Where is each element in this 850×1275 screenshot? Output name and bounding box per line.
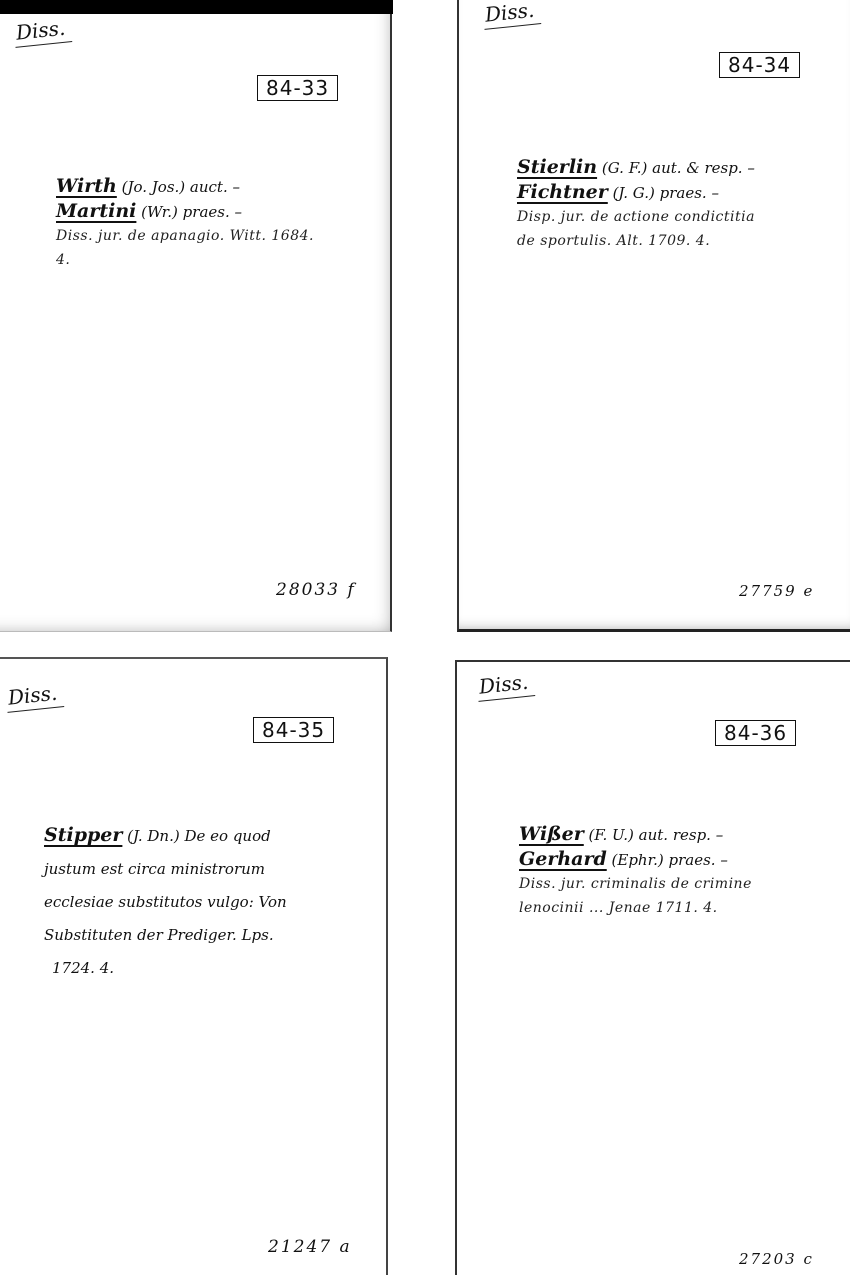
catalog-card-84-36: Diss. 84-36 Wißer (F. U.) aut. resp. – G…	[455, 660, 850, 1275]
catalog-card-84-34: Diss. 84-34 Stierlin (G. F.) aut. & resp…	[457, 0, 850, 632]
catalog-entry: Wirth (Jo. Jos.) auct. – Martini (Wr.) p…	[56, 174, 314, 272]
accession-number: 21247 a	[268, 1237, 352, 1257]
entry-line-praeses: Gerhard (Ephr.) praes. –	[519, 847, 752, 872]
entry-title-cont: de sportulis. Alt. 1709. 4.	[517, 229, 755, 253]
praeses-name: Fichtner	[517, 181, 608, 203]
author-rest: (Jo. Jos.) auct. –	[122, 178, 240, 196]
card-header-diss: Diss.	[476, 669, 536, 702]
entry-line-author: Stierlin (G. F.) aut. & resp. –	[517, 155, 755, 180]
praeses-name: Gerhard	[519, 848, 607, 870]
card-header-diss: Diss.	[5, 680, 65, 713]
entry-line-praeses: Fichtner (J. G.) praes. –	[517, 180, 755, 205]
entry-line-author: Stipper (J. Dn.) De eo quod	[44, 819, 287, 853]
praeses-rest: (J. G.) praes. –	[613, 184, 719, 202]
author-name: Stipper	[44, 824, 122, 846]
catalog-entry: Wißer (F. U.) aut. resp. – Gerhard (Ephr…	[519, 822, 752, 920]
entry-title-line-1: justum est circa ministrorum	[44, 853, 287, 886]
accession-number: 27759 e	[739, 582, 814, 600]
card-header-diss: Diss.	[13, 15, 73, 48]
card-header-diss: Diss.	[482, 0, 542, 30]
author-name: Wirth	[56, 175, 117, 197]
entry-line-author: Wirth (Jo. Jos.) auct. –	[56, 174, 314, 199]
author-name: Stierlin	[517, 156, 597, 178]
author-name: Wißer	[519, 823, 584, 845]
catalog-entry: Stierlin (G. F.) aut. & resp. – Fichtner…	[517, 155, 755, 253]
entry-imprint: 1724. 4.	[44, 952, 287, 985]
catalog-entry: Stipper (J. Dn.) De eo quod justum est c…	[44, 819, 287, 985]
praeses-name: Martini	[56, 200, 136, 222]
shelfmark-box: 84-35	[253, 717, 334, 743]
scan-edge-band	[0, 0, 393, 14]
author-rest: (F. U.) aut. resp. –	[589, 826, 724, 844]
entry-title-line-2: ecclesiae substitutos vulgo: Von	[44, 886, 287, 919]
entry-title: Disp. jur. de actione condictitia	[517, 205, 755, 229]
praeses-rest: (Wr.) praes. –	[141, 203, 242, 221]
catalog-card-84-33: Diss. 84-33 Wirth (Jo. Jos.) auct. – Mar…	[0, 14, 392, 632]
shelfmark-box: 84-34	[719, 52, 800, 78]
entry-title-cont: lenocinii ... Jenae 1711. 4.	[519, 896, 752, 920]
entry-title: Diss. jur. criminalis de crimine	[519, 872, 752, 896]
author-rest: (J. Dn.) De eo quod	[127, 827, 271, 845]
shelfmark-box: 84-33	[257, 75, 338, 101]
shelfmark-box: 84-36	[715, 720, 796, 746]
entry-format: 4.	[56, 248, 314, 272]
entry-title-line-3: Substituten der Prediger. Lps.	[44, 919, 287, 952]
accession-number: 28033 f	[276, 580, 356, 600]
entry-title: Diss. jur. de apanagio. Witt. 1684.	[56, 224, 314, 248]
accession-number: 27203 c	[739, 1250, 814, 1268]
entry-line-praeses: Martini (Wr.) praes. –	[56, 199, 314, 224]
praeses-rest: (Ephr.) praes. –	[612, 851, 728, 869]
author-rest: (G. F.) aut. & resp. –	[602, 159, 755, 177]
catalog-card-84-35: Diss. 84-35 Stipper (J. Dn.) De eo quod …	[0, 657, 388, 1275]
entry-line-author: Wißer (F. U.) aut. resp. –	[519, 822, 752, 847]
